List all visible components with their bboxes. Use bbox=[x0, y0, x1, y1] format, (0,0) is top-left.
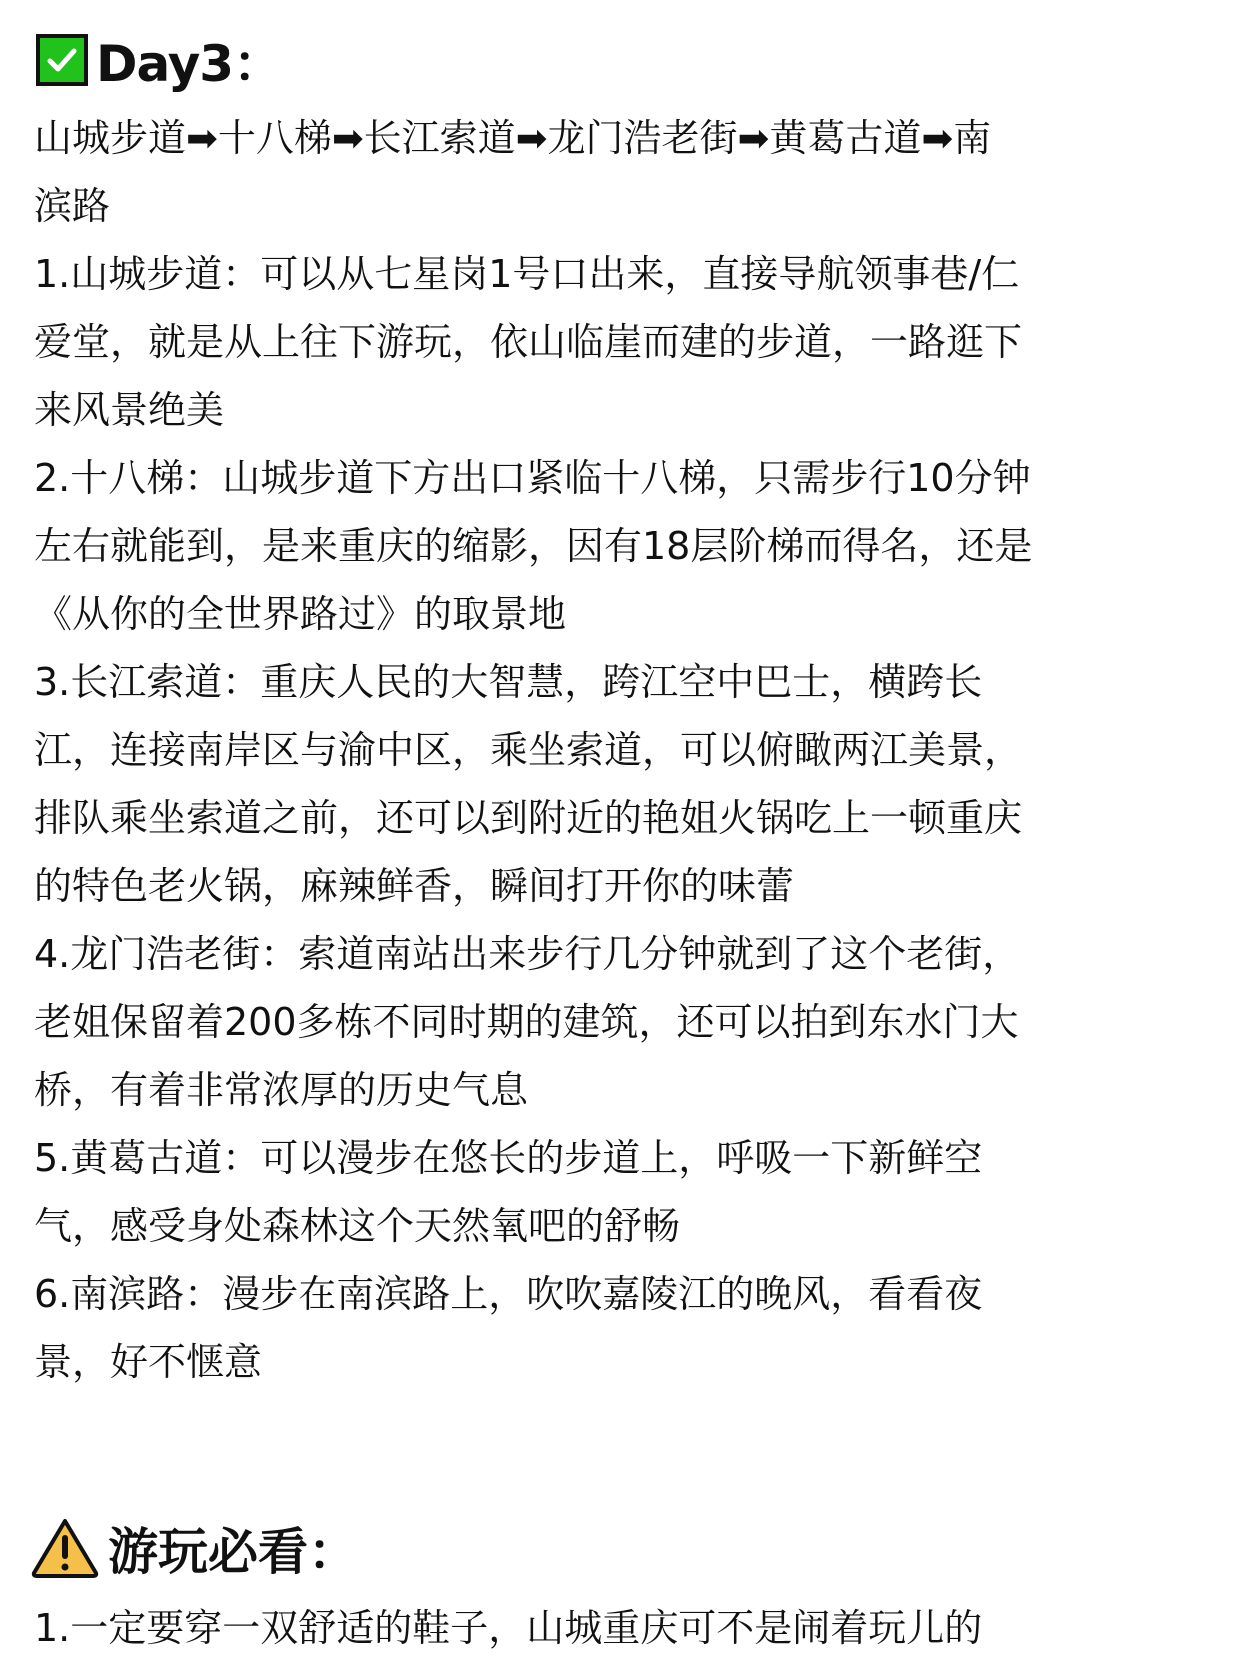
check-box-icon bbox=[36, 34, 88, 86]
route-summary: 山城步道➡十八梯➡长江索道➡龙门浩老街➡黄葛古道➡南 滨路 bbox=[34, 104, 1214, 240]
item-text: 来风景绝美 bbox=[34, 376, 1214, 444]
tips-heading-label: 游玩必看： bbox=[108, 1512, 358, 1584]
warning-icon bbox=[30, 1517, 100, 1579]
item-text: 《从你的全世界路过》的取景地 bbox=[34, 580, 1214, 648]
list-item-nanbin-road: 6.南滨路：漫步在南滨路上，吹吹嘉陵江的晚风，看看夜 景，好不惬意 bbox=[34, 1260, 1214, 1396]
day-heading: Day3： bbox=[36, 28, 282, 92]
item-text: 1.山城步道：可以从七星岗1号口出来，直接导航领事巷/仁 bbox=[34, 240, 1214, 308]
list-item-longmenhao-street: 4.龙门浩老街：索道南站出来步行几分钟就到了这个老街， 老姐保留着200多栋不同… bbox=[34, 920, 1214, 1124]
list-item-eighteen-steps: 2.十八梯：山城步道下方出口紧临十八梯，只需步行10分钟 左右就能到，是来重庆的… bbox=[34, 444, 1214, 648]
route-line: 滨路 bbox=[34, 172, 1214, 240]
item-text: 5.黄葛古道：可以漫步在悠长的步道上，呼吸一下新鲜空 bbox=[34, 1124, 1214, 1192]
item-text: 排队乘坐索道之前，还可以到附近的艳姐火锅吃上一顿重庆 bbox=[34, 784, 1214, 852]
item-text: 2.十八梯：山城步道下方出口紧临十八梯，只需步行10分钟 bbox=[34, 444, 1214, 512]
item-text: 江，连接南岸区与渝中区，乘坐索道，可以俯瞰两江美景， bbox=[34, 716, 1214, 784]
day-heading-label: Day3： bbox=[96, 24, 282, 96]
item-text: 爱堂，就是从上往下游玩，依山临崖而建的步道，一路逛下 bbox=[34, 308, 1214, 376]
item-text: 3.长江索道：重庆人民的大智慧，跨江空中巴士，横跨长 bbox=[34, 648, 1214, 716]
route-line: 山城步道➡十八梯➡长江索道➡龙门浩老街➡黄葛古道➡南 bbox=[34, 104, 1214, 172]
item-text: 左右就能到，是来重庆的缩影，因有18层阶梯而得名，还是 bbox=[34, 512, 1214, 580]
item-text: 气，感受身处森林这个天然氧吧的舒畅 bbox=[34, 1192, 1214, 1260]
tips-list: 1.一定要穿一双舒适的鞋子，山城重庆可不是闹着玩儿的 bbox=[34, 1594, 1214, 1660]
item-text: 桥，有着非常浓厚的历史气息 bbox=[34, 1056, 1214, 1124]
item-text: 景，好不惬意 bbox=[34, 1328, 1214, 1396]
list-item-shancheng-trail: 1.山城步道：可以从七星岗1号口出来，直接导航领事巷/仁 爱堂，就是从上往下游玩… bbox=[34, 240, 1214, 444]
item-text: 4.龙门浩老街：索道南站出来步行几分钟就到了这个老街， bbox=[34, 920, 1214, 988]
item-text: 的特色老火锅，麻辣鲜香，瞬间打开你的味蕾 bbox=[34, 852, 1214, 920]
list-item-huangge-road: 5.黄葛古道：可以漫步在悠长的步道上，呼吸一下新鲜空 气，感受身处森林这个天然氧… bbox=[34, 1124, 1214, 1260]
attraction-list: 1.山城步道：可以从七星岗1号口出来，直接导航领事巷/仁 爱堂，就是从上往下游玩… bbox=[34, 240, 1214, 1396]
item-text: 6.南滨路：漫步在南滨路上，吹吹嘉陵江的晚风，看看夜 bbox=[34, 1260, 1214, 1328]
list-item-yangtze-cableway: 3.长江索道：重庆人民的大智慧，跨江空中巴士，横跨长 江，连接南岸区与渝中区，乘… bbox=[34, 648, 1214, 920]
tip-item: 1.一定要穿一双舒适的鞋子，山城重庆可不是闹着玩儿的 bbox=[34, 1594, 1214, 1660]
item-text: 老姐保留着200多栋不同时期的建筑，还可以拍到东水门大 bbox=[34, 988, 1214, 1056]
tips-heading: 游玩必看： bbox=[30, 1508, 358, 1588]
